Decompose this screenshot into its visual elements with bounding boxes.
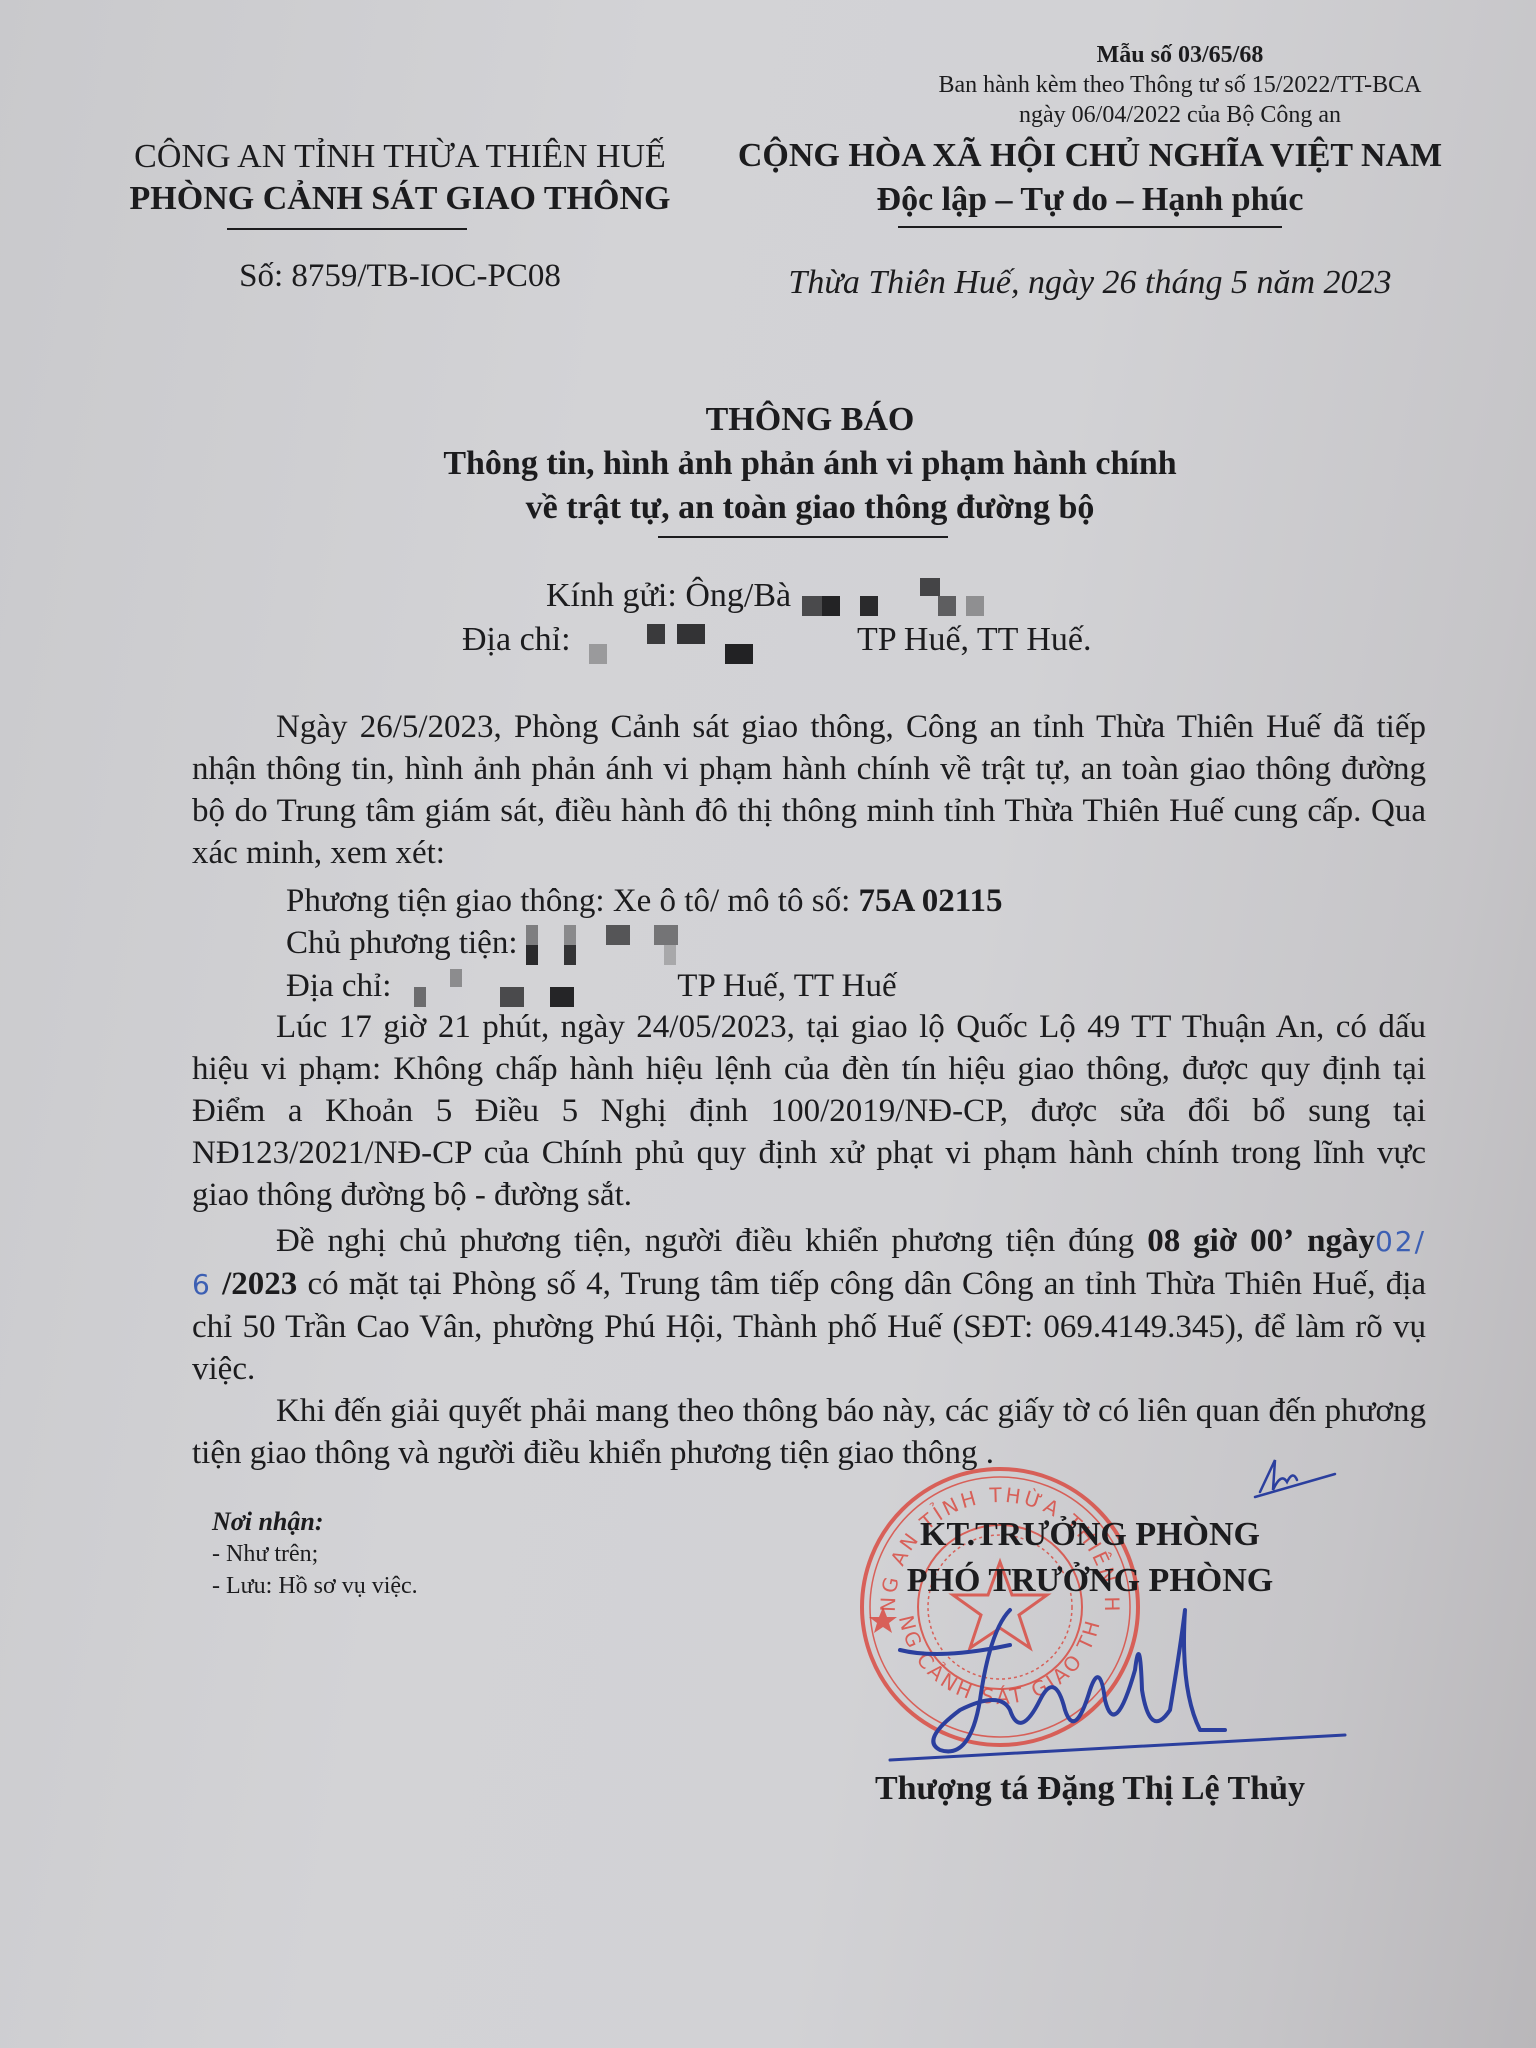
owner-address-line: Địa chỉ: TP Huế, TT Huế [286,965,1286,1008]
vehicle-info: Phương tiện giao thông: Xe ô tô/ mô tô s… [286,880,1286,1009]
address-suffix: TP Huế, TT Huế. [857,621,1092,658]
redacted-name [800,578,1000,618]
national-header: CỘNG HÒA XÃ HỘI CHỦ NGHĨA VIỆT NAM Độc l… [700,134,1480,222]
redacted-address [579,622,849,662]
summons-rest: có mặt tại Phòng số 4, Trung tâm tiếp cô… [192,1266,1426,1387]
owner-line: Chủ phương tiện: [286,922,1286,965]
owner-address-label: Địa chỉ: [286,968,391,1004]
greeting-label: Kính gửi: Ông/Bà [546,577,791,614]
recipients-list: Nơi nhận: - Như trên; - Lưu: Hồ sơ vụ vi… [212,1506,612,1602]
paragraph-intro: Ngày 26/5/2023, Phòng Cảnh sát giao thôn… [192,706,1426,874]
recipient-block: Kính gửi: Ông/Bà Địa chỉ: TP Huế, TT Huế… [440,574,1200,662]
summons-year: /2023 [222,1266,297,1302]
address-line: Địa chỉ: TP Huế, TT Huế. [440,618,1200,662]
vehicle-plate: 75A 02115 [859,883,1003,919]
owner-address-suffix: TP Huế, TT Huế [677,968,896,1004]
paragraph-requirements: Khi đến giải quyết phải mang theo thông … [192,1390,1426,1474]
agency-parent: CÔNG AN TỈNH THỪA THIÊN HUẾ [100,136,700,178]
paragraph-violation: Lúc 17 giờ 21 phút, ngày 24/05/2023, tại… [192,1006,1426,1216]
greeting-line: Kính gửi: Ông/Bà [440,574,1200,618]
agency-department: PHÒNG CẢNH SÁT GIAO THÔNG [100,178,700,220]
vehicle-line: Phương tiện giao thông: Xe ô tô/ mô tô s… [286,880,1286,922]
title-underline [658,536,948,538]
form-number-block: Mẫu số 03/65/68 Ban hành kèm theo Thông … [880,40,1480,130]
redacted-owner-address [400,969,670,1009]
agency-header: CÔNG AN TỈNH THỪA THIÊN HUẾ PHÒNG CẢNH S… [100,136,700,220]
issued-date: ngày 06/04/2022 của Bộ Công an [880,100,1480,130]
country-name: CỘNG HÒA XÃ HỘI CHỦ NGHĨA VIỆT NAM [700,134,1480,178]
document-number: Số: 8759/TB-IOC-PC08 [100,258,700,295]
summons-day-label: ngày [1307,1223,1375,1259]
issued-with: Ban hành kèm theo Thông tư số 15/2022/TT… [880,70,1480,100]
recipients-item: - Lưu: Hồ sơ vụ việc. [212,1570,612,1602]
vehicle-label: Phương tiện giao thông: Xe ô tô/ mô tô s… [286,883,850,919]
signature-title-line1: KT.TRƯỞNG PHÒNG [840,1512,1340,1558]
title-main: THÔNG BÁO [380,398,1240,442]
title-subtitle-2: về trật tự, an toàn giao thông đường bộ [380,486,1240,530]
summons-start: Đề nghị chủ phương tiện, người điều khiể… [276,1223,1134,1259]
document-title: THÔNG BÁO Thông tin, hình ảnh phản ánh v… [380,398,1240,530]
owner-label: Chủ phương tiện: [286,925,518,961]
redacted-owner [526,925,686,965]
summons-time: 08 giờ 00’ [1147,1223,1294,1259]
national-motto: Độc lập – Tự do – Hạnh phúc [700,178,1480,222]
title-subtitle-1: Thông tin, hình ảnh phản ánh vi phạm hàn… [380,442,1240,486]
recipients-heading: Nơi nhận: [212,1506,612,1538]
initials-mark-icon [1245,1452,1345,1502]
paragraph-summons: Đề nghị chủ phương tiện, người điều khiể… [192,1220,1426,1390]
form-number: Mẫu số 03/65/68 [880,40,1480,70]
motto-underline [898,226,1282,228]
handwritten-signature-icon [880,1590,1350,1790]
recipients-item: - Như trên; [212,1538,612,1570]
agency-underline [227,228,467,230]
place-date: Thừa Thiên Huế, ngày 26 tháng 5 năm 2023 [700,264,1480,302]
signer-name: Thượng tá Đặng Thị Lệ Thủy [840,1770,1340,1808]
address-label: Địa chỉ: [462,621,571,658]
